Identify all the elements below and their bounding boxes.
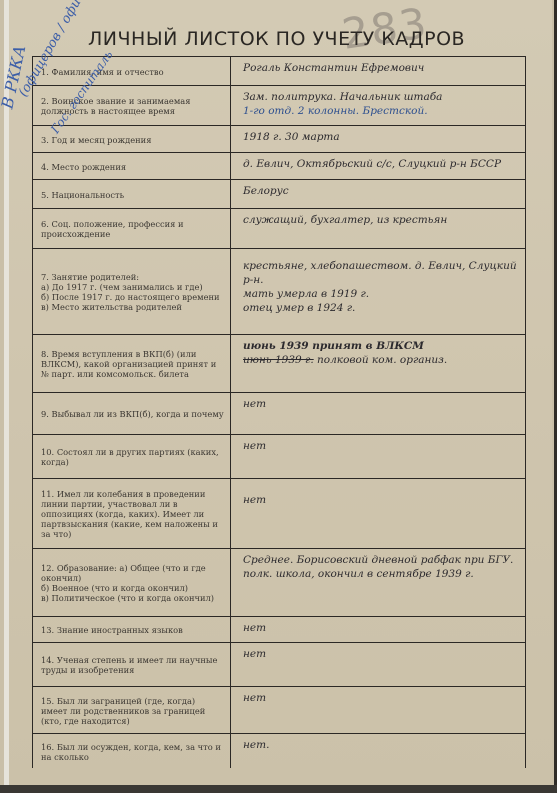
row-label: 8. Время вступления в ВКП(б) (или ВЛКСМ)… [33, 335, 231, 392]
row-value: Среднее. Борисовский дневной рабфак при … [231, 549, 525, 616]
form-row-foreign-languages: 13. Знание иностранных языков нет [33, 617, 525, 643]
row-label: 4. Место рождения [33, 153, 231, 179]
row-label: 6. Соц. положение, профессия и происхожд… [33, 209, 231, 248]
row-value: Рогаль Константин Ефремович [231, 57, 525, 85]
value-line-1: Зам. политрука. Начальник штаба [243, 91, 442, 103]
scan-bottom-edge [0, 785, 557, 793]
row-label: 9. Выбывал ли из ВКП(б), когда и почему [33, 393, 231, 434]
form-row-academic-degree: 14. Ученая степень и имеет ли научные тр… [33, 643, 525, 687]
row-label: 11. Имел ли колебания в проведении линии… [33, 479, 231, 548]
row-value: служащий, бухгалтер, из крестьян [231, 209, 525, 248]
row-label: 14. Ученая степень и имеет ли научные тр… [33, 643, 231, 686]
form-row-party-deviation: 11. Имел ли колебания в проведении линии… [33, 479, 525, 549]
value-line-2: полковой ком. организ. [317, 354, 447, 366]
form-row-education: 12. Образование: а) Общее (что и где око… [33, 549, 525, 617]
form-row-left-party: 9. Выбывал ли из ВКП(б), когда и почему … [33, 393, 525, 435]
form-row-social-status: 6. Соц. положение, профессия и происхожд… [33, 209, 525, 249]
row-value: нет [231, 687, 525, 733]
value-line-2-struck: июнь 1939 г. [243, 354, 314, 366]
row-value: июнь 1939 принят в ВЛКСМиюнь 1939 г. пол… [231, 335, 525, 392]
value-line-2: 1-го отд. 2 колонны. Брестской. [243, 105, 428, 117]
form-row-abroad: 15. Был ли заграницей (где, когда) имеет… [33, 687, 525, 734]
form-row-birth-date: 3. Год и месяц рождения 1918 г. 30 марта [33, 126, 525, 153]
row-label: 12. Образование: а) Общее (что и где око… [33, 549, 231, 616]
row-value: нет [231, 617, 525, 642]
scan-left-edge [4, 0, 9, 786]
row-value: Белорус [231, 180, 525, 208]
document-page: 283 ЛИЧНЫЙ ЛИСТОК ПО УЧЕТУ КАДРОВ 1. Фам… [4, 0, 552, 786]
row-label: 7. Занятие родителей: а) До 1917 г. (чем… [33, 249, 231, 334]
row-label: 13. Знание иностранных языков [33, 617, 231, 642]
form-row-parents-occupation: 7. Занятие родителей: а) До 1917 г. (чем… [33, 249, 525, 335]
row-value: 1918 г. 30 марта [231, 126, 525, 152]
row-value: нет [231, 479, 525, 548]
form-row-convicted: 16. Был ли осужден, когда, кем, за что и… [33, 734, 525, 768]
row-label: 15. Был ли заграницей (где, когда) имеет… [33, 687, 231, 733]
row-value: Зам. политрука. Начальник штаба1-го отд.… [231, 86, 525, 125]
row-value: нет. [231, 734, 525, 768]
form-row-rank-position: 2. Воинское звание и занимаемая должност… [33, 86, 525, 126]
form-row-other-parties: 10. Состоял ли в других партиях (каких, … [33, 435, 525, 479]
value-line-1: июнь 1939 принят в ВЛКСМ [243, 340, 424, 352]
personnel-form-table: 1. Фамилия, имя и отчество Рогаль Конста… [32, 56, 526, 768]
row-value: д. Евлич, Октябрьский с/с, Слуцкий р-н Б… [231, 153, 525, 179]
row-value: крестьяне, хлебопашеством. д. Евлич, Слу… [231, 249, 525, 334]
document-title: ЛИЧНЫЙ ЛИСТОК ПО УЧЕТУ КАДРОВ [88, 28, 465, 50]
row-value: нет [231, 393, 525, 434]
form-row-birth-place: 4. Место рождения д. Евлич, Октябрьский … [33, 153, 525, 180]
row-label: 1. Фамилия, имя и отчество [33, 57, 231, 85]
row-label: 10. Состоял ли в других партиях (каких, … [33, 435, 231, 478]
form-row-party-joining: 8. Время вступления в ВКП(б) (или ВЛКСМ)… [33, 335, 525, 393]
row-value: нет [231, 643, 525, 686]
row-label: 16. Был ли осужден, когда, кем, за что и… [33, 734, 231, 768]
row-value: нет [231, 435, 525, 478]
row-label: 5. Национальность [33, 180, 231, 208]
form-row-nationality: 5. Национальность Белорус [33, 180, 525, 209]
